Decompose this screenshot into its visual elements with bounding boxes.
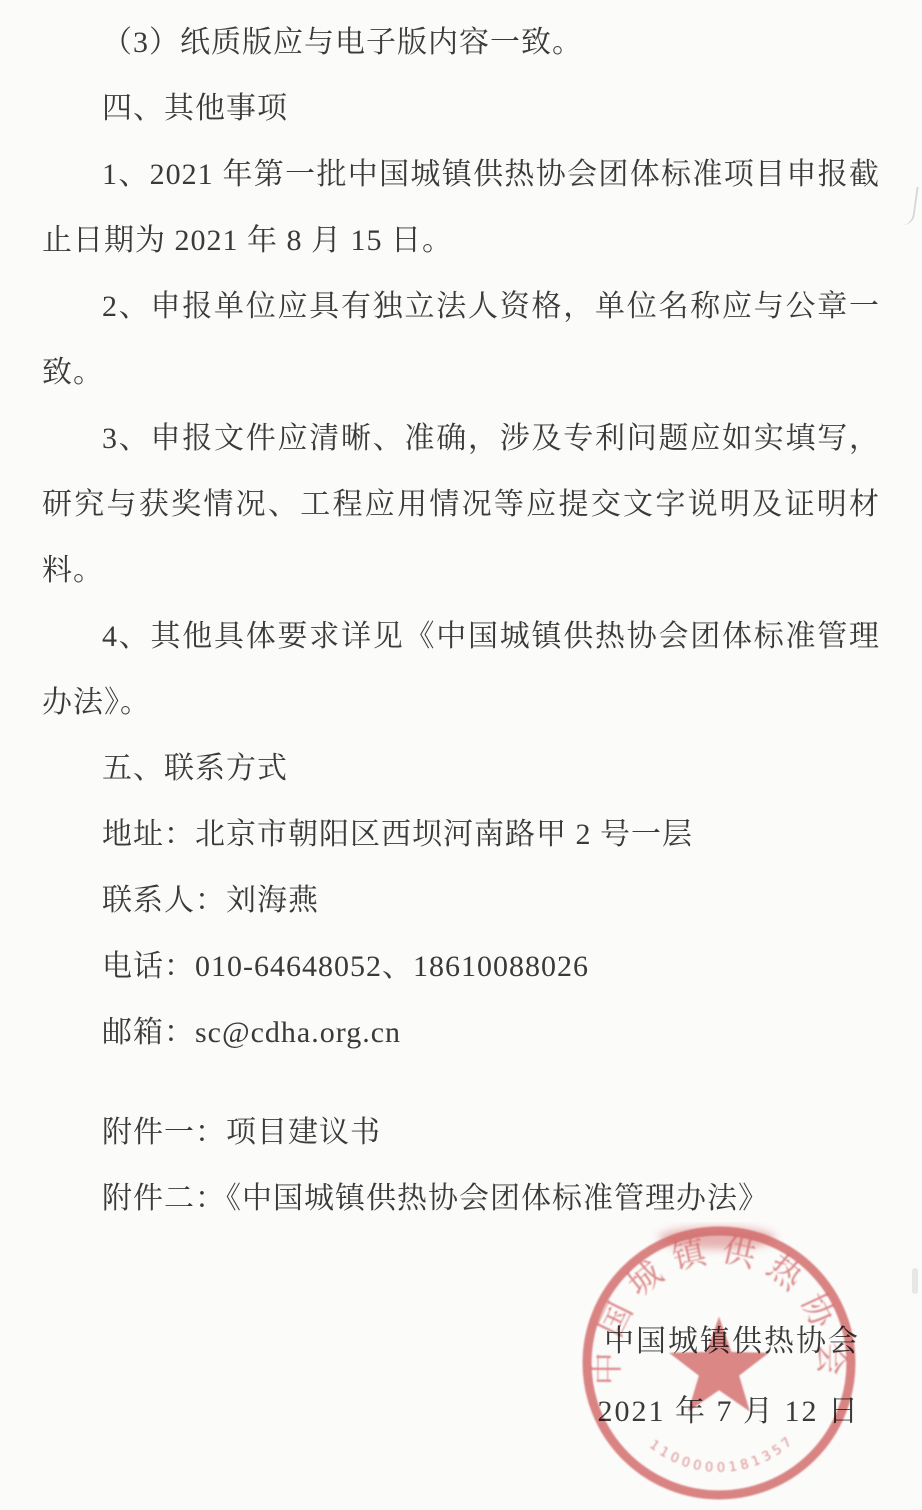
contact-email: 邮箱：sc@cdha.org.cn (42, 1000, 880, 1066)
document-body: （3）纸质版应与电子版内容一致。 四、其他事项 1、2021 年第一批中国城镇供… (42, 10, 880, 1066)
scan-artifact (901, 185, 918, 226)
paragraph-deadline: 1、2021 年第一批中国城镇供热协会团体标准项目申报截止日期为 2021 年 … (42, 142, 880, 274)
signature-organization: 中国城镇供热协会 (42, 1307, 860, 1377)
document-page: （3）纸质版应与电子版内容一致。 四、其他事项 1、2021 年第一批中国城镇供… (0, 0, 922, 1510)
contact-person: 联系人：刘海燕 (42, 868, 880, 934)
heading-contact-info: 五、联系方式 (42, 736, 880, 802)
scan-artifact (912, 1268, 918, 1294)
signature-block: 中国城镇供热协会 2021 年 7 月 12 日 (42, 1307, 880, 1447)
attachment-1: 附件一：项目建议书 (42, 1100, 880, 1166)
paragraph-legal-entity: 2、申报单位应具有独立法人资格，单位名称应与公章一致。 (42, 274, 880, 406)
heading-other-items: 四、其他事项 (42, 76, 880, 142)
attachments-list: 附件一：项目建议书 附件二：《中国城镇供热协会团体标准管理办法》 (42, 1100, 880, 1232)
attachment-2: 附件二：《中国城镇供热协会团体标准管理办法》 (42, 1166, 880, 1232)
paragraph-application-files: 3、申报文件应清晰、准确，涉及专利问题应如实填写，研究与获奖情况、工程应用情况等… (42, 406, 880, 604)
contact-address: 地址：北京市朝阳区西坝河南路甲 2 号一层 (42, 802, 880, 868)
contact-phone: 电话：010-64648052、18610088026 (42, 934, 880, 1000)
signature-date: 2021 年 7 月 12 日 (42, 1377, 860, 1447)
paragraph-paper-copy-note: （3）纸质版应与电子版内容一致。 (42, 10, 880, 76)
paragraph-other-requirements: 4、其他具体要求详见《中国城镇供热协会团体标准管理办法》。 (42, 604, 880, 736)
